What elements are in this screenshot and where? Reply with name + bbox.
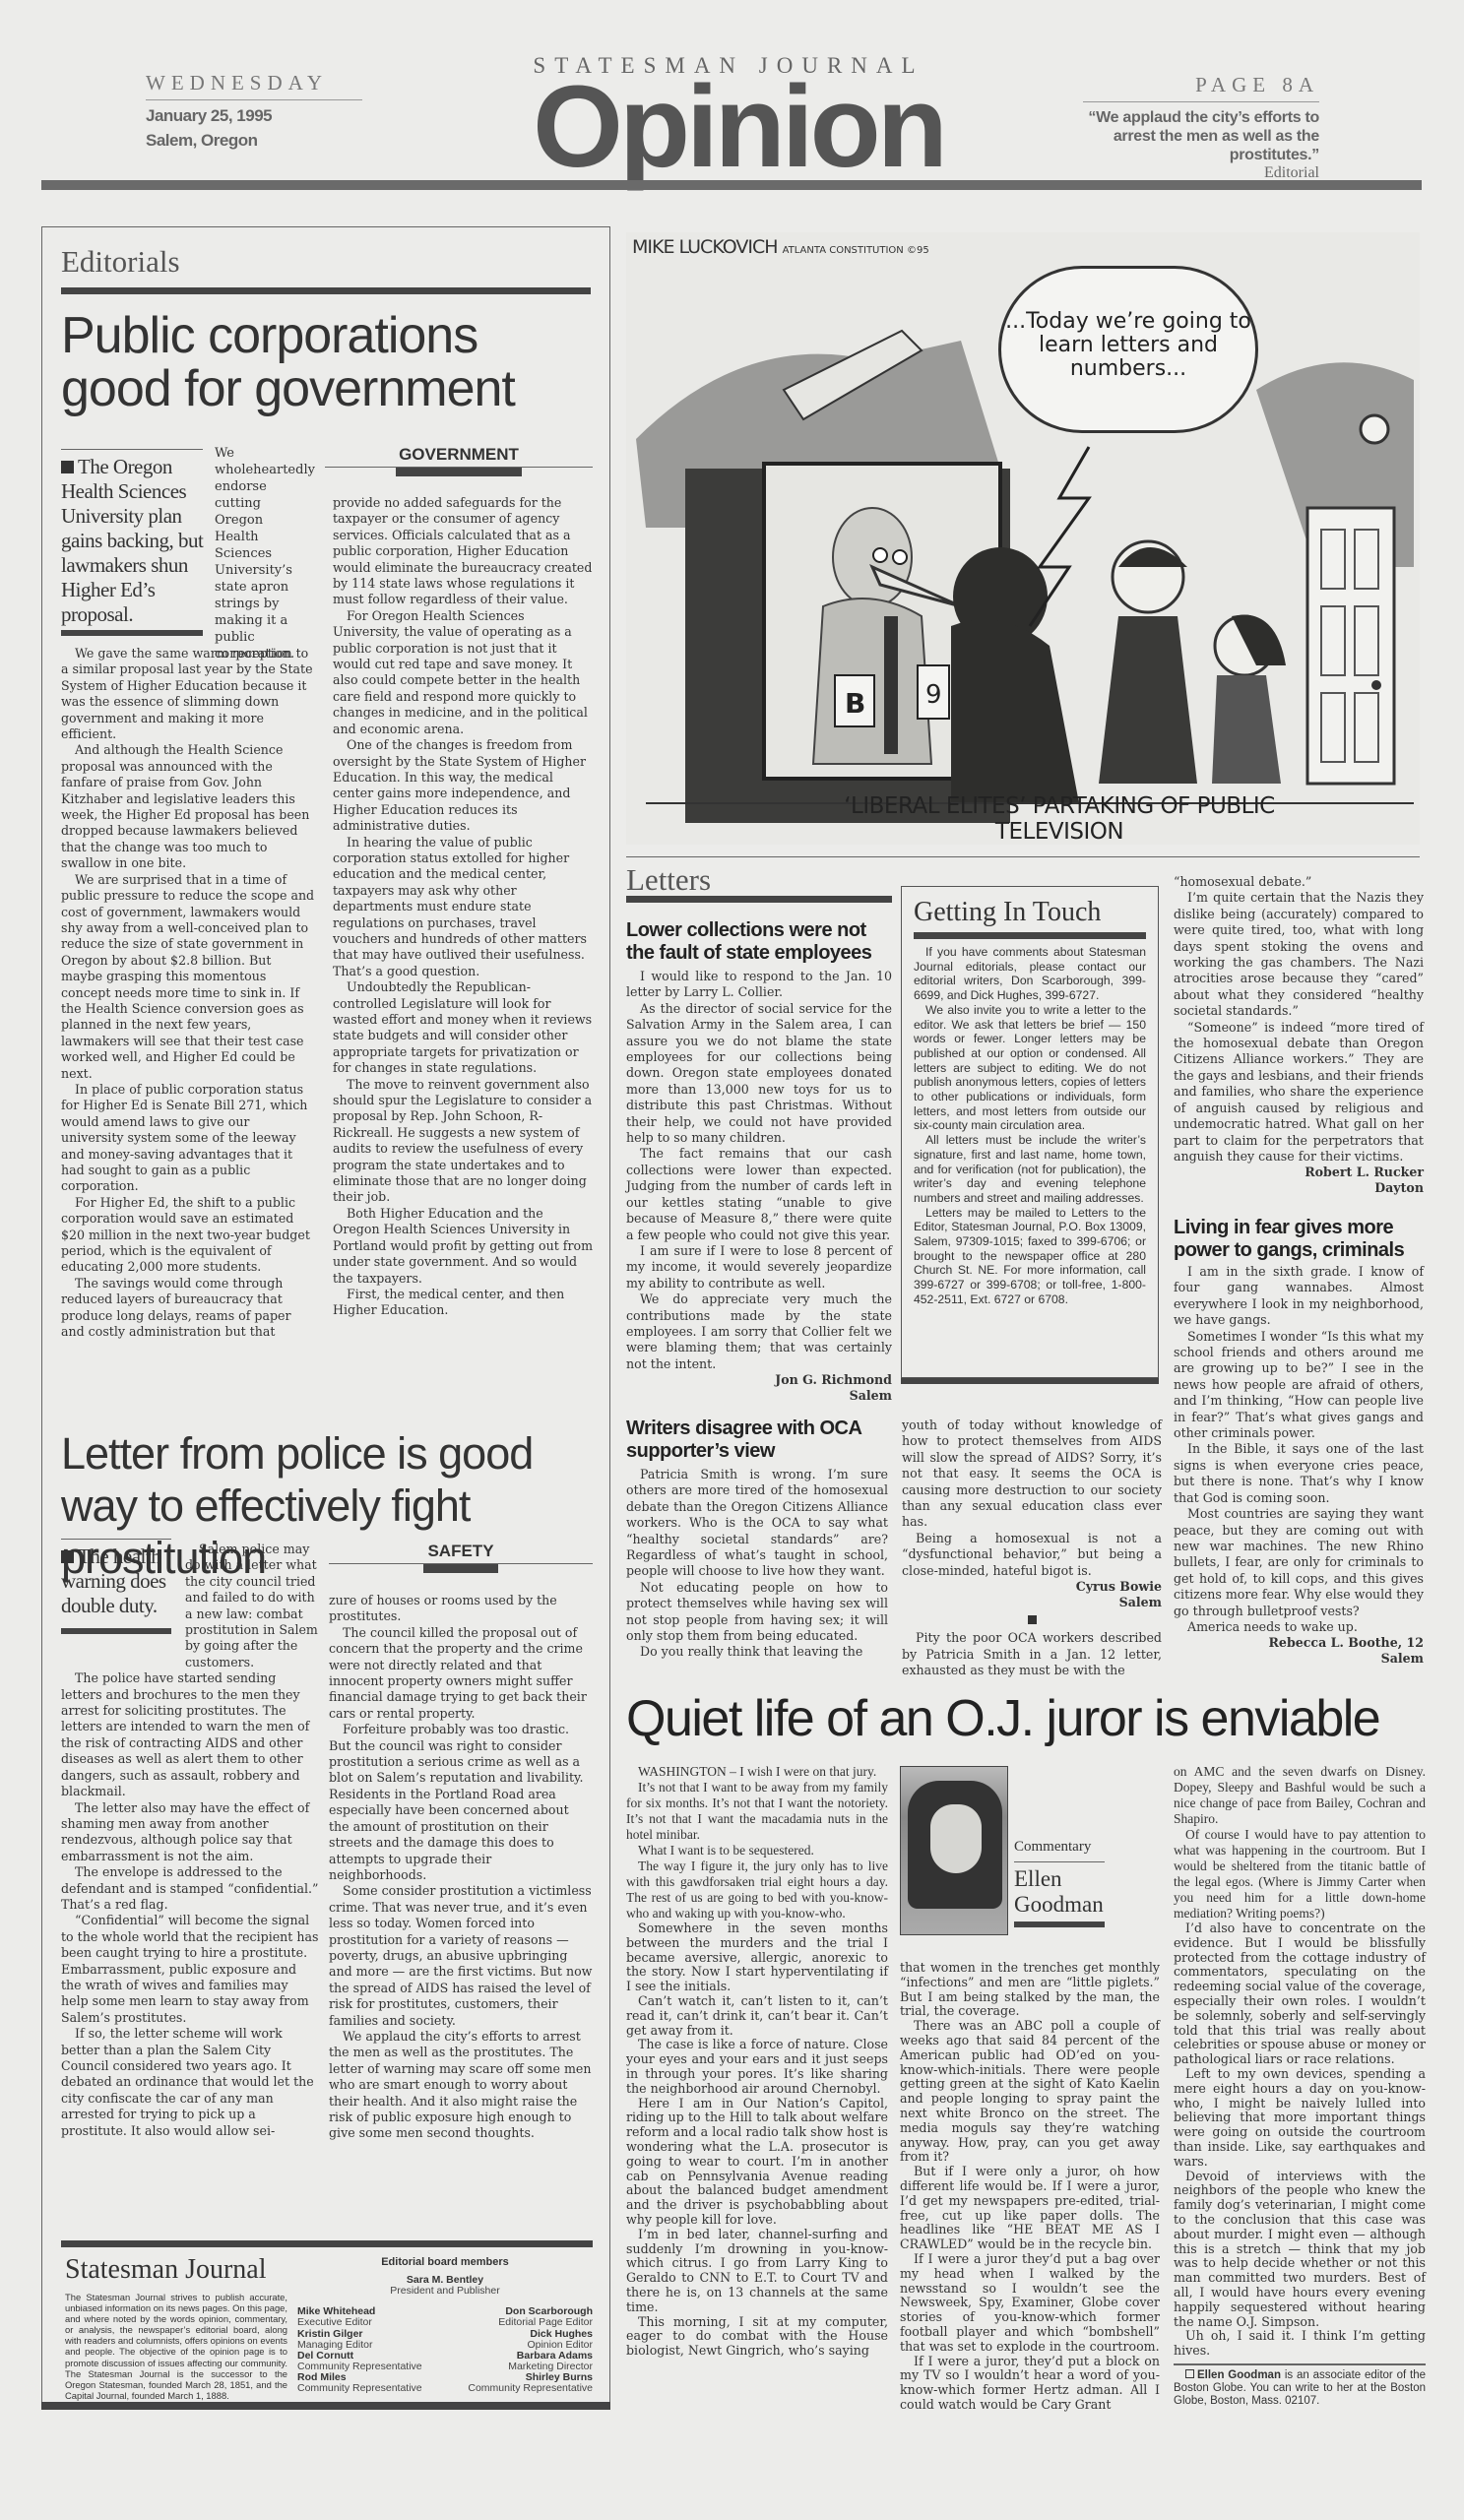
letter-1-town: Salem — [626, 1388, 892, 1404]
board-right-column: Don Scarborough Editorial Page Editor Di… — [468, 2306, 593, 2394]
face-icon — [930, 1804, 982, 1873]
column-col-1: WASHINGTON – I wish I were on that jury.… — [626, 1764, 888, 2359]
byline-first-name: Ellen — [1014, 1866, 1105, 1892]
editorial-cartoon: MIKE LUCKOVICH ATLANTA CONSTITUTION ©95 … — [626, 232, 1420, 845]
letter-oca-town: Salem — [902, 1595, 1162, 1610]
editorial-2-column-2: zure of houses or rooms used by the pros… — [329, 1593, 593, 2142]
letter-oca-author: Cyrus Bowie — [902, 1579, 1162, 1595]
date: January 25, 1995 — [146, 106, 362, 125]
masthead-page-block: PAGE 8A “We applaud the city’s efforts t… — [1083, 73, 1319, 182]
letter-oca-column-1: Patricia Smith is wrong. I’m sure others… — [626, 1467, 888, 1661]
weekday: WEDNESDAY — [146, 71, 362, 100]
editorial-1-column-2: provide no added safeguards for the taxp… — [333, 495, 593, 1319]
editorial-2-column-1: Salem police may do with a letter what t… — [61, 1542, 319, 2139]
editorial-1-kicker: GOVERNMENT — [325, 445, 593, 465]
cartoonist-signature: MIKE LUCKOVICH ATLANTA CONSTITUTION ©95 — [632, 236, 929, 258]
byline-kicker: Commentary — [1014, 1839, 1105, 1856]
board-title: Editorial board members — [297, 2256, 593, 2268]
editorials-bottom-rule — [41, 2402, 610, 2410]
columnist-byline: Commentary Ellen Goodman — [1014, 1839, 1105, 1927]
letters-top-rule — [626, 856, 1420, 857]
svg-text:B: B — [845, 687, 865, 720]
footer-rule — [61, 2240, 593, 2247]
statesman-journal-title: Statesman Journal — [65, 2254, 267, 2286]
getting-in-touch-title: Getting In Touch — [914, 897, 1146, 928]
getting-in-touch-body: If you have comments about Statesman Jou… — [914, 945, 1146, 1307]
letter-oca-column-2: youth of today without knowledge of how … — [902, 1417, 1162, 1679]
letter-1-body: I would like to respond to the Jan. 10 l… — [626, 969, 892, 1404]
editorial-1-headline: Public corporations good for government — [61, 309, 593, 415]
letter-boothe-body: I am in the sixth grade. I know of four … — [1174, 1264, 1424, 1667]
columnist-photo — [900, 1766, 1008, 1935]
letter-rucker-body: “homosexual debate.” I’m quite certain t… — [1174, 874, 1424, 1196]
cartoon-caption: ‘LIBERAL ELITES’ PARTAKING OF PUBLIC TEL… — [784, 793, 1335, 845]
editorials-rule — [61, 287, 591, 294]
deck-rule-top — [61, 449, 203, 450]
letter-boothe-author: Rebecca L. Boothe, 12 — [1174, 1635, 1424, 1651]
letter-boothe-headline: Living in fear gives more power to gangs… — [1174, 1217, 1426, 1262]
letter-oca-headline: Writers disagree with OCA supporter’s vi… — [626, 1417, 892, 1463]
columnist-tagline: Ellen Goodman is an associate editor of … — [1174, 2369, 1426, 2408]
editorial-2-kicker: SAFETY — [329, 1542, 593, 1561]
publisher: Sara M. Bentley President and Publisher — [297, 2275, 593, 2297]
checkbox-square-icon — [1185, 2369, 1194, 2378]
deck-rule-bottom — [61, 630, 203, 636]
masthead-date-block: WEDNESDAY January 25, 1995 Salem, Oregon — [146, 71, 362, 150]
statesman-journal-description: The Statesman Journal strives to publish… — [65, 2292, 287, 2401]
speech-bubble: ...Today we’re going to learn letters an… — [998, 266, 1258, 433]
editorial-1-kicker-block: GOVERNMENT — [325, 445, 593, 476]
bullet-square-icon — [61, 461, 74, 473]
byline-last-name: Goodman — [1014, 1892, 1105, 1918]
deck-rule-top — [61, 1539, 171, 1540]
letter-1-author: Jon G. Richmond — [626, 1372, 892, 1388]
column-col-2: that women in the trenches get monthly “… — [900, 1961, 1160, 2413]
masthead-rule — [41, 180, 1422, 190]
letters-rule — [626, 896, 892, 903]
board-left-column: Mike Whitehead Executive Editor Kristin … — [297, 2306, 422, 2394]
letter-boothe-town: Salem — [1174, 1651, 1424, 1667]
svg-text:9: 9 — [925, 680, 942, 710]
editorial-1-deck: The Oregon Health Sciences University pl… — [61, 455, 209, 627]
editorial-1-column-1: We gave the same warm reception to a sim… — [61, 646, 315, 1340]
letter-rucker-town: Dayton — [1174, 1180, 1424, 1196]
separator-square-icon — [902, 1612, 1162, 1628]
location: Salem, Oregon — [146, 131, 362, 150]
editorial-1-lede: We wholeheartedly endorse cutting Oregon… — [215, 445, 309, 662]
letters-label: Letters — [626, 862, 711, 898]
editorial-2-kicker-block: SAFETY — [329, 1542, 593, 1573]
editorial-board: Editorial board members Sara M. Bentley … — [297, 2256, 593, 2394]
column-col-3: on AMC and the seven dwarfs on Disney. D… — [1174, 1764, 1426, 2408]
column-headline: Quiet life of an O.J. juror is enviable — [626, 1691, 1433, 1746]
getting-in-touch-bottom-rule — [901, 1378, 1159, 1384]
letter-1-headline: Lower collections were not the fault of … — [626, 919, 892, 965]
getting-in-touch-box: Getting In Touch If you have comments ab… — [901, 886, 1159, 1378]
page-number: PAGE 8A — [1083, 73, 1319, 102]
pull-quote: “We applaud the city’s efforts to arrest… — [1083, 108, 1319, 164]
section-title: Opinion — [512, 69, 965, 185]
editorials-label: Editorials — [61, 244, 180, 280]
letter-rucker-author: Robert L. Rucker — [1174, 1165, 1424, 1180]
